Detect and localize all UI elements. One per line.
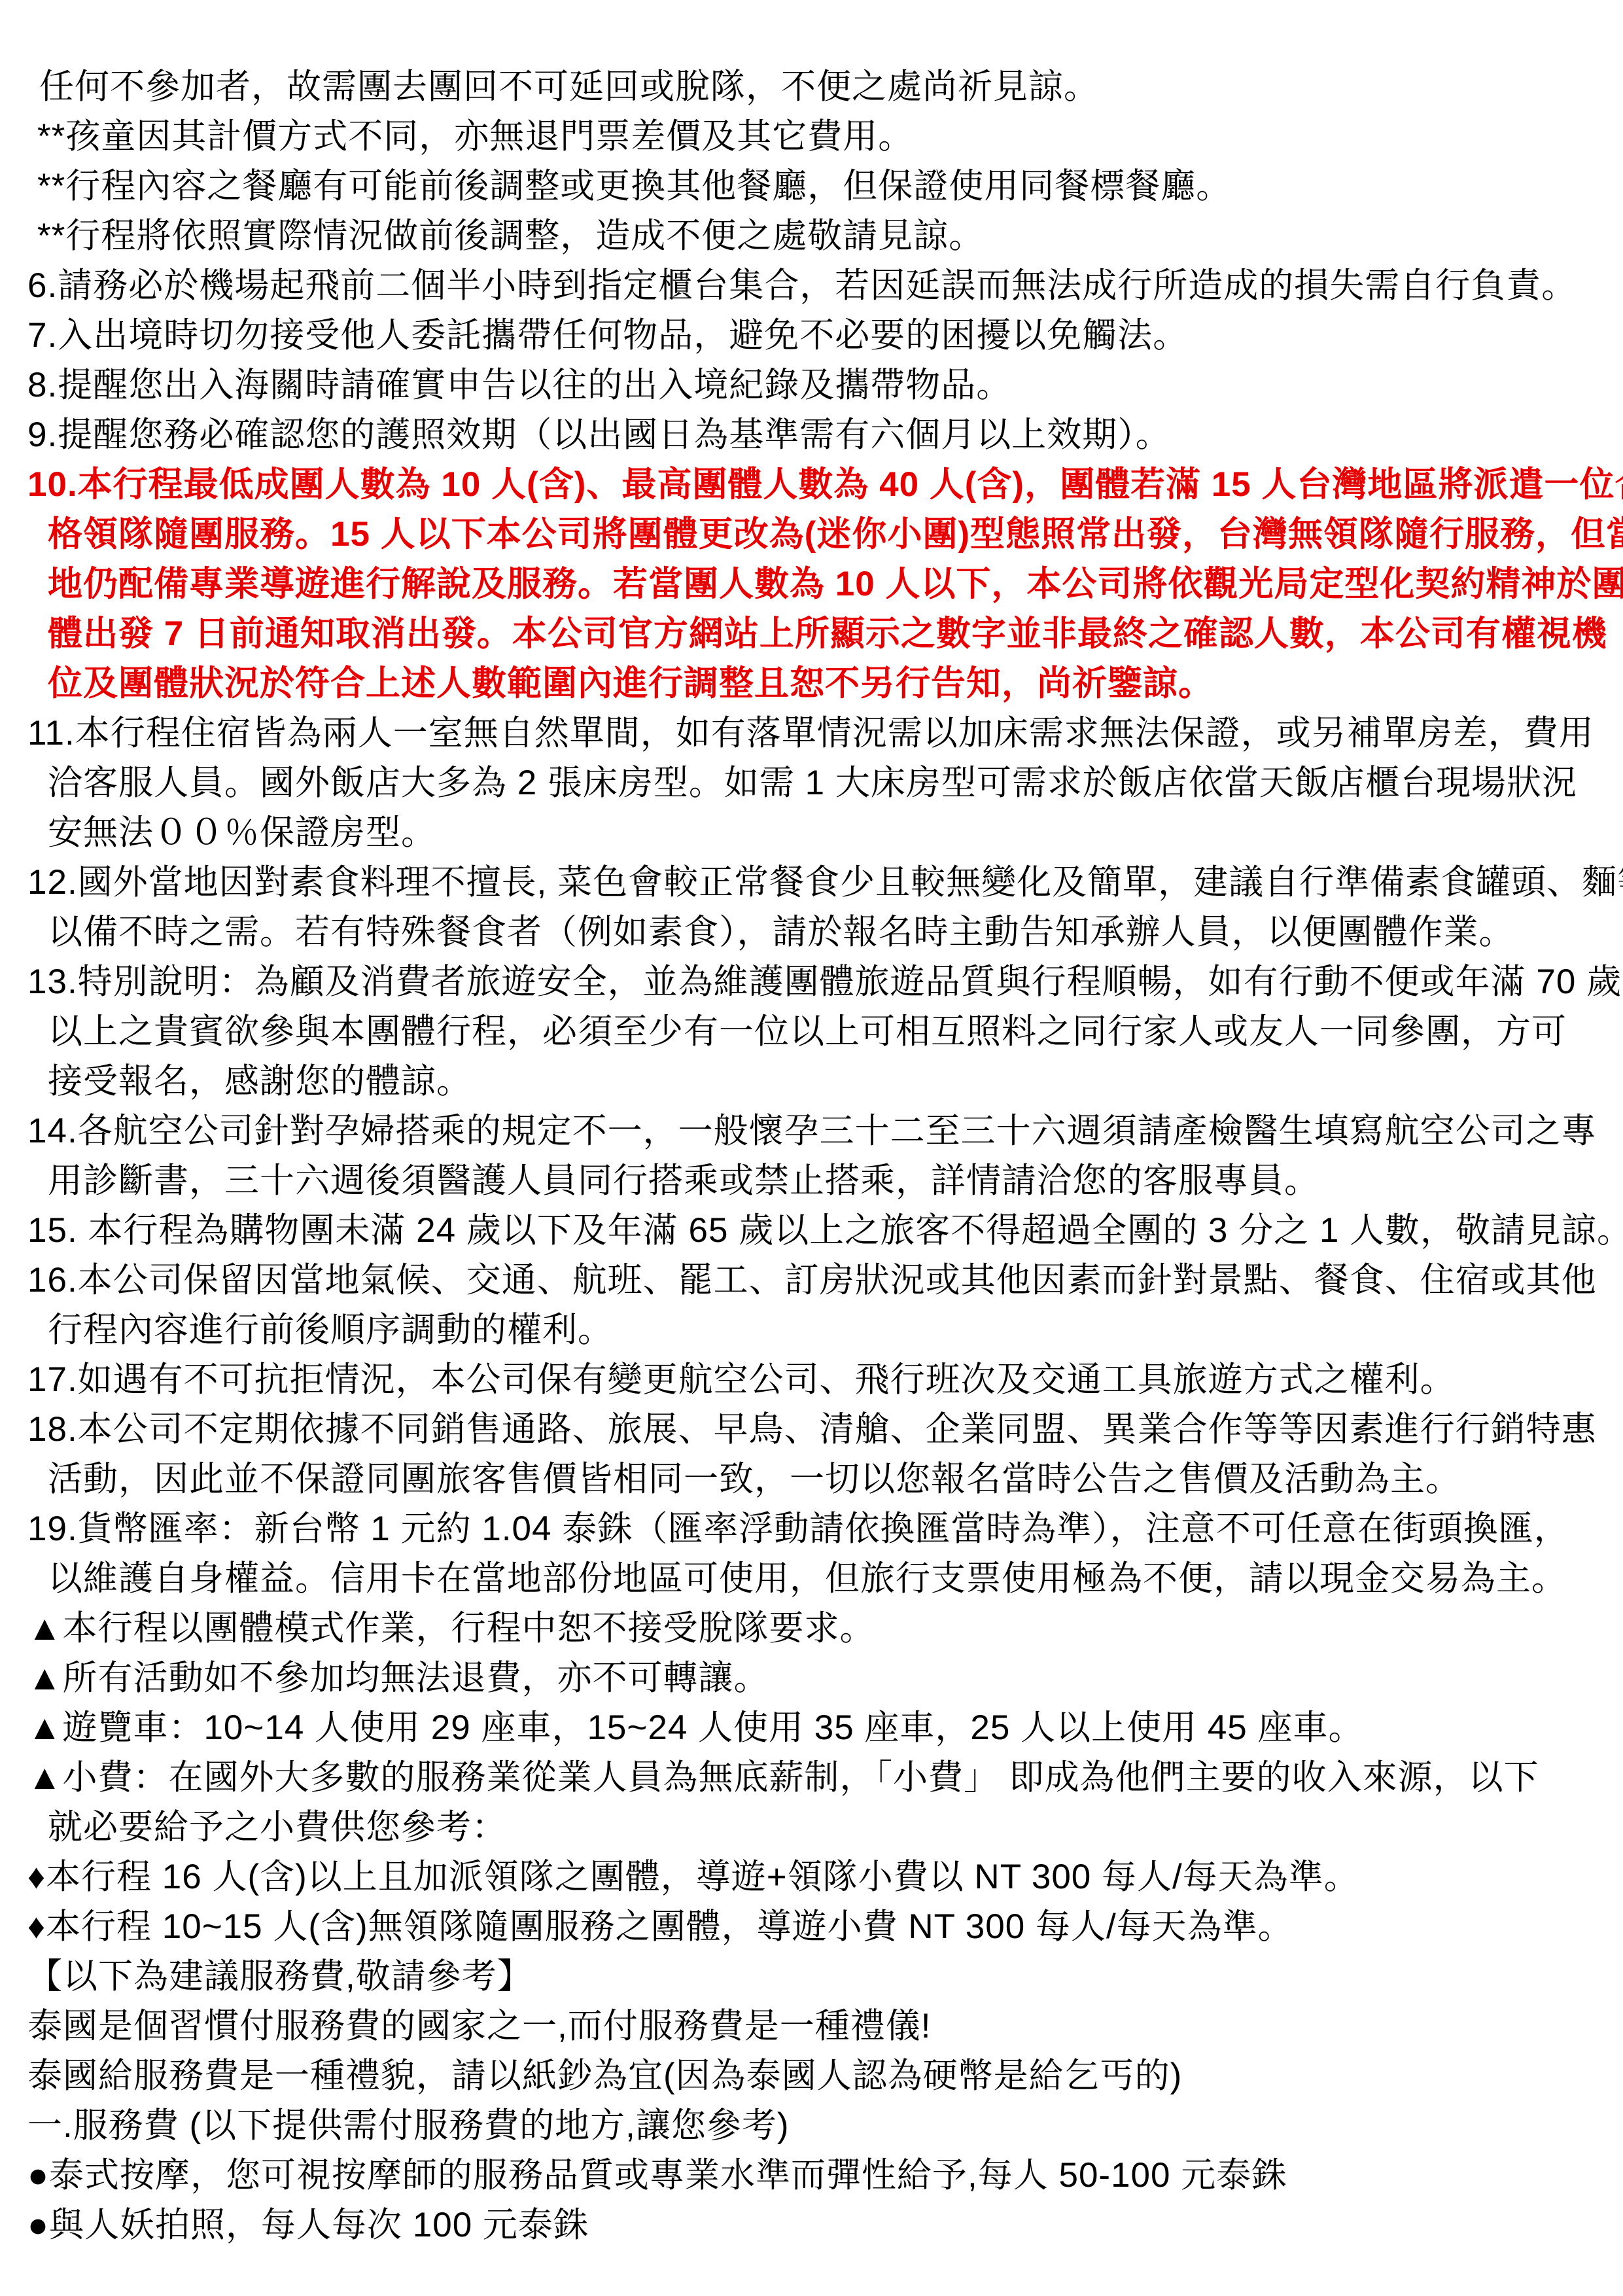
text-line: 【以下為建議服務費,敬請參考】 — [27, 1952, 1623, 2002]
text-line-highlight: 地仍配備專業導遊進行解說及服務。若當團人數為 10 人以下，本公司將依觀光局定型… — [48, 559, 1623, 609]
text-line: **行程內容之餐廳有可能前後調整或更換其他餐廳，但保證使用同餐標餐廳。 — [37, 162, 1623, 211]
text-line: **行程將依照實際情況做前後調整，造成不便之處敬請見諒。 — [37, 211, 1623, 261]
text-line: 以上之貴賓欲參與本團體行程，必須至少有一位以上可相互照料之同行家人或友人一同參團… — [48, 1007, 1623, 1057]
text-line: 行程內容進行前後順序調動的權利。 — [48, 1305, 1623, 1355]
text-line: 活動，因此並不保證同團旅客售價皆相同一致，一切以您報名當時公告之售價及活動為主。 — [48, 1455, 1623, 1504]
text-line: 任何不參加者，故需團去團回不可延回或脫隊，不便之處尚祈見諒。 — [39, 62, 1623, 112]
text-line: 6.請務必於機場起飛前二個半小時到指定櫃台集合，若因延誤而無法成行所造成的損失需… — [27, 261, 1623, 311]
text-line: 以維護自身權益。信用卡在當地部份地區可使用，但旅行支票使用極為不便，請以現金交易… — [48, 1554, 1623, 1604]
text-line: 以備不時之需。若有特殊餐食者（例如素食），請於報名時主動告知承辦人員，以便團體作… — [48, 908, 1623, 957]
text-line: 就必要給予之小費供您參考： — [48, 1803, 1623, 1852]
text-line: 12.國外當地因對素食料理不擅長, 菜色會較正常餐食少且較無變化及簡單，建議自行… — [27, 858, 1623, 908]
text-line: 洽客服人員。國外飯店大多為 2 張床房型。如需 1 大床房型可需求於飯店依當天飯… — [48, 758, 1623, 808]
text-line-highlight: 位及團體狀況於符合上述人數範圍內進行調整且恕不另行告知，尚祈鑒諒。 — [48, 659, 1623, 709]
text-line-triangle-bullet: ▲本行程以團體模式作業，行程中恕不接受脫隊要求。 — [27, 1604, 1623, 1653]
text-line: 17.如遇有不可抗拒情況，本公司保有變更航空公司、飛行班次及交通工具旅遊方式之權… — [27, 1355, 1623, 1405]
text-line: 9.提醒您務必確認您的護照效期（以出國日為基準需有六個月以上效期）。 — [27, 410, 1623, 460]
text-line: 16.本公司保留因當地氣候、交通、航班、罷工、訂房狀況或其他因素而針對景點、餐食… — [27, 1256, 1623, 1305]
text-line: 19.貨幣匯率：新台幣 1 元約 1.04 泰銖（匯率浮動請依換匯當時為準），注… — [27, 1504, 1623, 1554]
text-line: 安無法００％保證房型。 — [48, 808, 1623, 858]
text-line-diamond-bullet: ♦本行程 16 人(含)以上且加派領隊之團體，導遊+領隊小費以 NT 300 每… — [27, 1852, 1623, 1902]
text-line-highlight: 10.本行程最低成團人數為 10 人(含)、最高團體人數為 40 人(含)，團體… — [27, 460, 1623, 510]
text-line: 15. 本行程為購物團未滿 24 歲以下及年滿 65 歲以上之旅客不得超過全團的… — [27, 1206, 1623, 1256]
text-line: 7.入出境時切勿接受他人委託攜帶任何物品，避免不必要的困擾以免觸法。 — [27, 311, 1623, 361]
text-line-triangle-bullet: ▲小費：在國外大多數的服務業從業人員為無底薪制，「小費」 即成為他們主要的收入來… — [27, 1753, 1623, 1803]
text-line-diamond-bullet: ♦本行程 10~15 人(含)無領隊隨團服務之團體，導遊小費 NT 300 每人… — [27, 1902, 1623, 1952]
travel-notice-document: 任何不參加者，故需團去團回不可延回或脫隊，不便之處尚祈見諒。 **孩童因其計價方… — [0, 0, 1623, 2296]
text-line-circle-bullet: ●與人妖拍照，每人每次 100 元泰銖 — [27, 2200, 1623, 2250]
text-line-circle-bullet: ●泰式按摩，您可視按摩師的服務品質或專業水準而彈性給予,每人 50-100 元泰… — [27, 2151, 1623, 2200]
text-line: 用診斷書，三十六週後須醫護人員同行搭乘或禁止搭乘，詳情請洽您的客服專員。 — [48, 1156, 1623, 1206]
text-line-highlight: 格領隊隨團服務。15 人以下本公司將團體更改為(迷你小團)型態照常出發，台灣無領… — [48, 510, 1623, 559]
text-line: 8.提醒您出入海關時請確實申告以往的出入境紀錄及攜帶物品。 — [27, 361, 1623, 410]
text-line: 11.本行程住宿皆為兩人一室無自然單間，如有落單情況需以加床需求無法保證，或另補… — [27, 709, 1623, 758]
text-line: 泰國給服務費是一種禮貌，請以紙鈔為宜(因為泰國人認為硬幣是給乞丐的) — [27, 2051, 1623, 2101]
text-line: 一.服務費 (以下提供需付服務費的地方,讓您參考) — [27, 2101, 1623, 2151]
text-line: 18.本公司不定期依據不同銷售通路、旅展、早鳥、清艙、企業同盟、異業合作等等因素… — [27, 1405, 1623, 1455]
text-line-highlight: 體出發 7 日前通知取消出發。本公司官方網站上所顯示之數字並非最終之確認人數，本… — [48, 609, 1623, 659]
text-line: 14.各航空公司針對孕婦搭乘的規定不一，一般懷孕三十二至三十六週須請產檢醫生填寫… — [27, 1106, 1623, 1156]
text-line-triangle-bullet: ▲遊覽車：10~14 人使用 29 座車，15~24 人使用 35 座車，25 … — [27, 1703, 1623, 1753]
text-line: 泰國是個習慣付服務費的國家之一,而付服務費是一種禮儀! — [27, 2002, 1623, 2051]
text-line: **孩童因其計價方式不同，亦無退門票差價及其它費用。 — [37, 112, 1623, 162]
text-line: 接受報名，感謝您的體諒。 — [48, 1057, 1623, 1106]
text-line: 13.特別說明：為顧及消費者旅遊安全，並為維護團體旅遊品質與行程順暢，如有行動不… — [27, 957, 1623, 1007]
text-line-triangle-bullet: ▲所有活動如不參加均無法退費，亦不可轉讓。 — [27, 1653, 1623, 1703]
